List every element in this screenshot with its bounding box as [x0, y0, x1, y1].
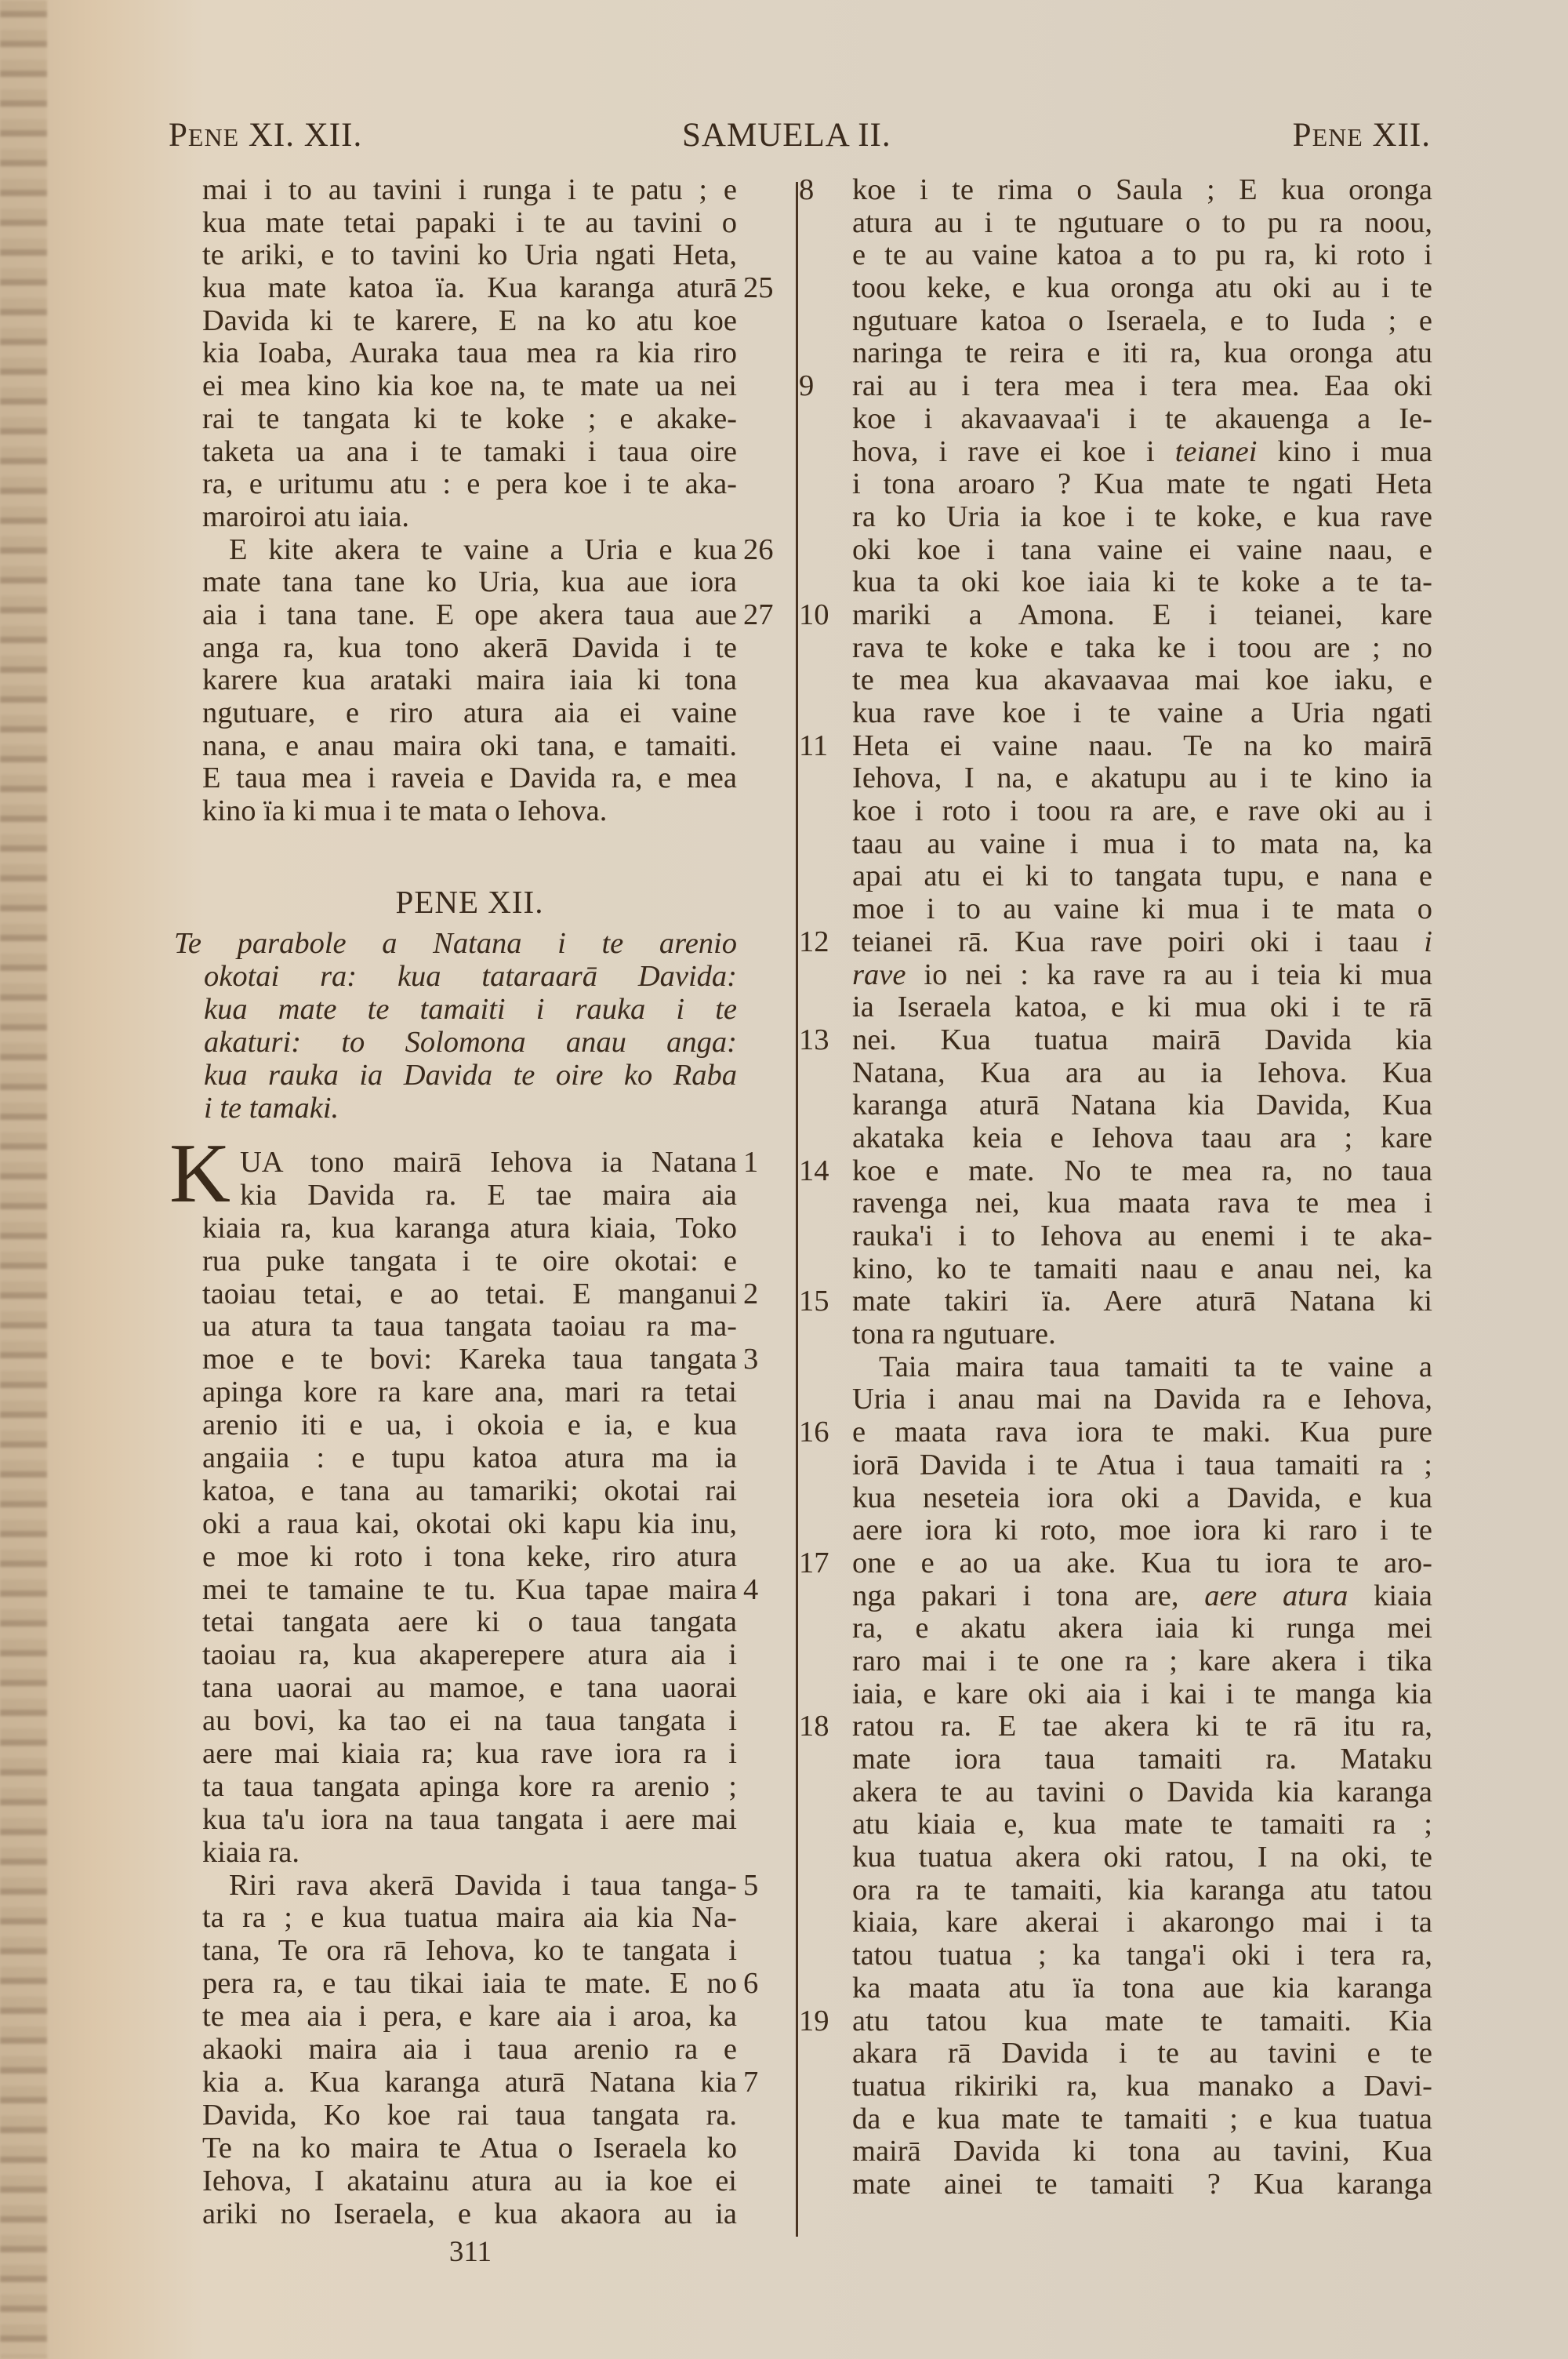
- verse-number: 9: [799, 370, 841, 403]
- left-column-chapter-12-text: UA tono mairā Iehova ia Natana1kia David…: [202, 1147, 737, 2230]
- text-line: te mea aia i pera, e kare aia i aroa, ka: [202, 2001, 737, 2034]
- text-line: Iehova, I na, e akatupu au i te kino ia: [852, 762, 1432, 795]
- summary-line: okotai ra: kua tataraarā Davida:: [174, 960, 737, 993]
- line-text: E kite akera te vaine a Uria e kua: [229, 533, 737, 566]
- text-line: apai atu ei ki to tangata tupu, e nana e: [852, 860, 1432, 893]
- line-text: arenio iti e ua, i okoia e ia, e kua: [202, 1408, 737, 1441]
- text-line: ratou ra. E tae akera ki te rā itu ra,18: [852, 1710, 1432, 1743]
- verse-number: 27: [743, 599, 782, 632]
- text-line: one e ao ua ake. Kua tu iora te aro-17: [852, 1547, 1432, 1580]
- text-line: kua mate katoa ïa. Kua karanga aturā25: [202, 272, 737, 305]
- column-divider-rule: [796, 182, 798, 2237]
- line-text: kua mate tetai papaki i te au tavini o: [202, 206, 737, 239]
- line-text: kua ta oki koe iaia ki te koke a te ta-: [852, 565, 1432, 598]
- text-line: atu kiaia e, kua mate te tamaiti ra ;: [852, 1808, 1432, 1841]
- line-text: koe i akavaavaa'i i te akauenga a Ie-: [852, 402, 1432, 435]
- text-line: Taia maira taua tamaiti ta te vaine a: [852, 1351, 1432, 1384]
- line-text: katoa, e tana au tamariki; okotai rai: [202, 1474, 737, 1507]
- line-text: akataka keia e Iehova taau ara ; kare: [852, 1121, 1432, 1154]
- line-text: Natana, Kua ara au ia Iehova. Kua: [852, 1056, 1432, 1089]
- text-line: nana, e anau maira oki tana, e tamaiti.: [202, 730, 737, 763]
- line-text: taketa ua ana i te tamaki i taua oire: [202, 435, 737, 468]
- text-line: da e kua mate te tamaiti ; e kua tuatua: [852, 2103, 1432, 2136]
- text-line: taoiau tetai, e ao tetai. E manganui2: [202, 1278, 737, 1311]
- line-text: UA tono mairā Iehova ia Natana: [240, 1146, 737, 1179]
- line-text: Iehova, I na, e akatupu au i te kino ia: [852, 761, 1432, 794]
- line-text: mairā Davida ki tona au tavini, Kua: [852, 2135, 1432, 2168]
- text-line: ra, e uritumu atu : e pera koe i te aka-: [202, 468, 737, 501]
- line-text: ratou ra. E tae akera ki te rā itu ra,: [852, 1710, 1432, 1743]
- text-line: rava te koke e taka ke i toou are ; no: [852, 632, 1432, 665]
- text-line: ngutuare katoa o Iseraela, e to Iuda ; e: [852, 305, 1432, 338]
- verse-number: 8: [799, 174, 841, 207]
- line-text: aia i tana tane. E ope akera taua aue: [202, 598, 737, 631]
- text-line: akara rā Davida i te au tavini e te: [852, 2037, 1432, 2070]
- verse-number: 11: [799, 730, 841, 763]
- text-line: rua puke tangata i te oire okotai: e: [202, 1245, 737, 1278]
- book-page: PENE XI. XII. SAMUELA II. PENE XII. mai …: [0, 0, 1568, 2359]
- text-line: au bovi, ka tao ei na taua tangata i: [202, 1705, 737, 1738]
- line-text: anga ra, kua tono akerā Davida i te: [202, 631, 737, 664]
- text-line: tetai tangata aere ki o taua tangata: [202, 1606, 737, 1639]
- line-text: teianei rā. Kua rave poiri oki i taau i: [852, 925, 1432, 958]
- summary-line: Te parabole a Natana i te arenio: [174, 927, 737, 960]
- line-text: one e ao ua ake. Kua tu iora te aro-: [852, 1547, 1432, 1579]
- text-line: koe i akavaavaa'i i te akauenga a Ie-: [852, 403, 1432, 436]
- line-text: kua rave koe i te vaine a Uria ngati: [852, 696, 1432, 729]
- line-text: ka maata atu ïa tona aue kia karanga: [852, 1972, 1432, 2005]
- line-text: e moe ki roto i tona keke, riro atura: [202, 1540, 737, 1573]
- text-line: ia Iseraela katoa, e ki mua oki i te rā: [852, 991, 1432, 1024]
- line-text: aere mai kiaia ra; kua rave iora ra i: [202, 1737, 737, 1770]
- chapter-heading: PENE XII.: [202, 883, 737, 922]
- line-text: iaia, e kare oki aia i kai i te manga ki…: [852, 1677, 1432, 1710]
- verse-number: 16: [799, 1416, 841, 1449]
- line-text: nei. Kua tuatua mairā Davida kia: [852, 1023, 1432, 1056]
- verse-number: 18: [799, 1710, 841, 1743]
- text-line: ravenga nei, kua maata rava te mea i: [852, 1187, 1432, 1220]
- line-text: akaoki maira aia i taua arenio ra e: [202, 2033, 737, 2066]
- text-line: Davida, Ko koe rai taua tangata ra.: [202, 2099, 737, 2132]
- line-text: ei mea kino kia koe na, te mate ua nei: [202, 369, 737, 402]
- text-line: tatou tuatua ; ka tanga'i oki i tera ra,: [852, 1939, 1432, 1972]
- text-line: ta ra ; e kua tuatua maira aia kia Na-: [202, 1902, 737, 1935]
- line-text: tuatua rikiriki ra, kua manako a Davi-: [852, 2070, 1432, 2103]
- line-text: koe e mate. No te mea ra, no taua: [852, 1154, 1432, 1187]
- text-line: Iehova, I akatainu atura au ia koe ei: [202, 2165, 737, 2198]
- line-text: moe e te bovi: Kareka taua tangata: [202, 1343, 737, 1376]
- text-line: tona ra ngutuare.: [852, 1318, 1432, 1351]
- line-text: koe i roto i toou ra are, e rave oki au …: [852, 794, 1432, 827]
- line-text: Uria i anau mai na Davida ra e Iehova,: [852, 1383, 1432, 1416]
- line-text: rua puke tangata i te oire okotai: e: [202, 1245, 737, 1278]
- verse-number: 10: [799, 599, 841, 632]
- text-line: karanga aturā Natana kia Davida, Kua: [852, 1089, 1432, 1122]
- line-text: te mea aia i pera, e kare aia i aroa, ka: [202, 2000, 737, 2033]
- text-line: ra ko Uria ia koe i te koke, e kua rave: [852, 501, 1432, 534]
- line-text: nana, e anau maira oki tana, e tamaiti.: [202, 729, 737, 762]
- text-line: kua tuatua akera oki ratou, I na oki, te: [852, 1841, 1432, 1874]
- text-line: ariki no Iseraela, e kua akaora au ia: [202, 2198, 737, 2231]
- line-text: au bovi, ka tao ei na taua tangata i: [202, 1704, 737, 1737]
- verse-number: 17: [799, 1547, 841, 1580]
- text-line: maroiroi atu iaia.: [202, 501, 737, 534]
- text-line: kia Ioaba, Auraka taua mea ra kia riro: [202, 337, 737, 370]
- header-right-chapter: PENE XII.: [1293, 116, 1431, 154]
- text-line: mate iora taua tamaiti ra. Mataku: [852, 1743, 1432, 1776]
- line-text: Davida ki te karere, E na ko atu koe: [202, 304, 737, 337]
- text-line: aere iora ki roto, moe iora ki raro i te: [852, 1514, 1432, 1547]
- text-line: mate ainei te tamaiti ? Kua karanga: [852, 2168, 1432, 2201]
- text-line: mate takiri ïa. Aere aturā Natana ki15: [852, 1285, 1432, 1318]
- italic-word: aere atura: [1204, 1579, 1348, 1612]
- text-line: te mea kua akavaavaa mai koe iaku, e: [852, 664, 1432, 697]
- verse-number: 4: [743, 1574, 782, 1607]
- text-line: koe i roto i toou ra are, e rave oki au …: [852, 795, 1432, 828]
- text-line: kino, ko te tamaiti naau e anau nei, ka: [852, 1253, 1432, 1286]
- line-text: rauka'i i to Iehova au enemi i te aka-: [852, 1219, 1432, 1252]
- verse-number: 12: [799, 926, 841, 959]
- text-line: ta taua tangata apinga kore ra arenio ;: [202, 1771, 737, 1804]
- line-text: atu tatou kua mate te tamaiti. Kia: [852, 2005, 1432, 2037]
- line-text: mariki a Amona. E i teianei, kare: [852, 598, 1432, 631]
- text-line: nga pakari i tona are, aere atura kiaia: [852, 1580, 1432, 1613]
- text-line: akera te au tavini o Davida kia karanga: [852, 1776, 1432, 1809]
- line-text: kiaia, kare akerai i akarongo mai i ta: [852, 1906, 1432, 1939]
- line-text: e te au vaine katoa a to pu ra, ki roto …: [852, 238, 1432, 271]
- text-line: kiaia ra, kua karanga atura kiaia, Toko: [202, 1212, 737, 1245]
- text-line: mairā Davida ki tona au tavini, Kua: [852, 2135, 1432, 2168]
- text-line: Uria i anau mai na Davida ra e Iehova,: [852, 1383, 1432, 1416]
- line-text: kino, ko te tamaiti naau e anau nei, ka: [852, 1252, 1432, 1285]
- line-text: angaiia : e tupu katoa atura ma ia: [202, 1441, 737, 1474]
- line-text: taoiau ra, kua akaperepere atura aia i: [202, 1638, 737, 1671]
- line-text: Heta ei vaine naau. Te na ko mairā: [852, 729, 1432, 762]
- line-text: mei te tamaine te tu. Kua tapae maira: [202, 1573, 737, 1606]
- line-text: aere iora ki roto, moe iora ki raro i te: [852, 1514, 1432, 1547]
- text-line: raro mai i te one ra ; kare akera i tika: [852, 1645, 1432, 1678]
- line-text: pera ra, e tau tikai iaia te mate. E no: [202, 1967, 737, 2000]
- page-number: 311: [423, 2235, 517, 2269]
- text-line: te ariki, e to tavini ko Uria ngati Heta…: [202, 239, 737, 272]
- line-text: ra ko Uria ia koe i te koke, e kua rave: [852, 500, 1432, 533]
- text-line: karere kua arataki maira iaia ki tona: [202, 664, 737, 697]
- line-text: ariki no Iseraela, e kua akaora au ia: [202, 2197, 737, 2230]
- italic-word: teianei: [1175, 435, 1258, 468]
- line-text: nga pakari i tona are, aere atura kiaia: [852, 1579, 1432, 1612]
- line-text: rava te koke e taka ke i toou are ; no: [852, 631, 1432, 664]
- header-book-title: SAMUELA II.: [682, 116, 891, 154]
- line-text: naringa te reira e iti ra, kua oronga at…: [852, 336, 1432, 369]
- text-line: naringa te reira e iti ra, kua oronga at…: [852, 337, 1432, 370]
- verse-number: 19: [799, 2005, 841, 2038]
- text-line: hova, i rave ei koe i teianei kino i mua: [852, 436, 1432, 469]
- verse-number: 14: [799, 1155, 841, 1188]
- text-line: moe i to au vaine ki mua i te mata o: [852, 893, 1432, 926]
- text-line: mate tana tane ko Uria, kua aue iora: [202, 566, 737, 599]
- line-text: ta taua tangata apinga kore ra arenio ;: [202, 1770, 737, 1803]
- text-line: kiaia, kare akerai i akarongo mai i ta: [852, 1906, 1432, 1939]
- line-text: kino ïa ki mua i te mata o Iehova.: [202, 794, 607, 827]
- line-text: akera te au tavini o Davida kia karanga: [852, 1776, 1432, 1808]
- line-text: oki koe i tana vaine ei vaine naau, e: [852, 533, 1432, 566]
- line-text: kia Davida ra. E tae maira aia: [240, 1179, 737, 1212]
- line-text: ngutuare katoa o Iseraela, e to Iuda ; e: [852, 304, 1432, 337]
- text-line: ka maata atu ïa tona aue kia karanga: [852, 1972, 1432, 2005]
- summary-line: i te tamaki.: [174, 1092, 737, 1125]
- summary-line: akaturi: to Solomona anau anga:: [174, 1026, 737, 1059]
- verse-number: 7: [743, 2066, 782, 2099]
- line-text: moe i to au vaine ki mua i te mata o: [852, 892, 1432, 925]
- text-line: koe e mate. No te mea ra, no taua14: [852, 1155, 1432, 1188]
- line-text: Taia maira taua tamaiti ta te vaine a: [879, 1350, 1432, 1383]
- summary-line: kua rauka ia Davida te oire ko Raba: [174, 1059, 737, 1092]
- line-text: mai i to au tavini i runga i te patu ; e: [202, 173, 737, 206]
- text-line: akaoki maira aia i taua arenio ra e: [202, 2034, 737, 2066]
- text-line: tana uaorai au mamoe, e tana uaorai: [202, 1672, 737, 1705]
- text-line: taketa ua ana i te tamaki i taua oire: [202, 436, 737, 469]
- text-line: pera ra, e tau tikai iaia te mate. E no6: [202, 1968, 737, 2001]
- text-line: taoiau ra, kua akaperepere atura aia i: [202, 1639, 737, 1672]
- line-text: koe i te rima o Saula ; E kua oronga: [852, 173, 1432, 206]
- text-line: kua neseteia iora oki a Davida, e kua: [852, 1482, 1432, 1515]
- line-text: akara rā Davida i te au tavini e te: [852, 2037, 1432, 2070]
- header-left-chapters: PENE XI. XII.: [169, 116, 362, 154]
- line-text: Davida, Ko koe rai taua tangata ra.: [202, 2099, 737, 2132]
- line-text: hova, i rave ei koe i teianei kino i mua: [852, 435, 1432, 468]
- text-line: e moe ki roto i tona keke, riro atura: [202, 1541, 737, 1574]
- line-text: E taua mea i raveia e Davida ra, e mea: [202, 761, 737, 794]
- text-line: kiaia ra.: [202, 1837, 737, 1870]
- line-text: atura au i te ngutuare o to pu ra noou,: [852, 206, 1432, 239]
- text-line: ngutuare, e riro atura aia ei vaine: [202, 697, 737, 730]
- text-line: angaiia : e tupu katoa atura ma ia: [202, 1442, 737, 1475]
- line-text: mate ainei te tamaiti ? Kua karanga: [852, 2168, 1432, 2201]
- line-text: e maata rava iora te maki. Kua pure: [852, 1416, 1432, 1448]
- italic-word: rave: [852, 958, 906, 991]
- text-line: oki a raua kai, okotai oki kapu kia inu,: [202, 1508, 737, 1541]
- right-column-text: koe i te rima o Saula ; E kua oronga8atu…: [852, 174, 1432, 2201]
- text-line: rai te tangata ki te koke ; e akake-: [202, 403, 737, 436]
- line-text: tatou tuatua ; ka tanga'i oki i tera ra,: [852, 1939, 1432, 1972]
- text-line: kua mate tetai papaki i te au tavini o: [202, 207, 737, 240]
- line-text: rai te tangata ki te koke ; e akake-: [202, 402, 737, 435]
- line-text: karanga aturā Natana kia Davida, Kua: [852, 1089, 1432, 1121]
- text-line: rave io nei : ka rave ra au i teia ki mu…: [852, 959, 1432, 992]
- text-line: teianei rā. Kua rave poiri oki i taau i1…: [852, 926, 1432, 959]
- text-line: moe e te bovi: Kareka taua tangata3: [202, 1343, 737, 1376]
- verse-number: 6: [743, 1968, 782, 2001]
- line-text: ra, e uritumu atu : e pera koe i te aka-: [202, 467, 737, 500]
- text-line: akataka keia e Iehova taau ara ; kare: [852, 1122, 1432, 1155]
- text-line: oki koe i tana vaine ei vaine naau, e: [852, 534, 1432, 567]
- text-line: kua ta oki koe iaia ki te koke a te ta-: [852, 566, 1432, 599]
- text-line: aia i tana tane. E ope akera taua aue27: [202, 599, 737, 632]
- line-text: kiaia ra.: [202, 1836, 299, 1869]
- line-text: ia Iseraela katoa, e ki mua oki i te rā: [852, 990, 1432, 1023]
- line-text: taoiau tetai, e ao tetai. E manganui: [202, 1278, 737, 1310]
- text-line: E kite akera te vaine a Uria e kua26: [202, 534, 737, 567]
- left-column-chapter-11-end: mai i to au tavini i runga i te patu ; e…: [202, 174, 737, 828]
- line-text: rai au i tera mea i tera mea. Eaa oki: [852, 369, 1432, 402]
- text-line: ra, e akatu akera iaia ki runga mei: [852, 1612, 1432, 1645]
- line-text: kua mate katoa ïa. Kua karanga aturā: [202, 271, 737, 304]
- verse-number: 1: [743, 1147, 782, 1179]
- text-line: rai au i tera mea i tera mea. Eaa oki9: [852, 370, 1432, 403]
- line-text: ra, e akatu akera iaia ki runga mei: [852, 1612, 1432, 1645]
- line-text: tona ra ngutuare.: [852, 1318, 1056, 1350]
- line-text: mate takiri ïa. Aere aturā Natana ki: [852, 1285, 1432, 1318]
- line-text: ravenga nei, kua maata rava te mea i: [852, 1187, 1432, 1219]
- text-line: UA tono mairā Iehova ia Natana1: [202, 1147, 737, 1179]
- line-text: raro mai i te one ra ; kare akera i tika: [852, 1645, 1432, 1677]
- line-text: tana, Te ora rā Iehova, ko te tangata i: [202, 1934, 737, 1967]
- line-text: da e kua mate te tamaiti ; e kua tuatua: [852, 2103, 1432, 2135]
- text-line: anga ra, kua tono akerā Davida i te: [202, 632, 737, 665]
- line-text: ta ra ; e kua tuatua maira aia kia Na-: [202, 1901, 737, 1934]
- verse-number: 2: [743, 1278, 782, 1311]
- line-text: apinga kore ra kare ana, mari ra tetai: [202, 1376, 737, 1408]
- text-line: rauka'i i to Iehova au enemi i te aka-: [852, 1220, 1432, 1253]
- line-text: kia a. Kua karanga aturā Natana kia: [202, 2066, 737, 2099]
- text-line: Te na ko maira te Atua o Iseraela ko: [202, 2132, 737, 2165]
- text-line: Heta ei vaine naau. Te na ko mairā11: [852, 730, 1432, 763]
- text-line: tuatua rikiriki ra, kua manako a Davi-: [852, 2070, 1432, 2103]
- text-line: nei. Kua tuatua mairā Davida kia13: [852, 1024, 1432, 1057]
- verse-number: 5: [743, 1870, 782, 1903]
- line-text: karere kua arataki maira iaia ki tona: [202, 663, 737, 696]
- line-text: Riri rava akerā Davida i taua tanga-: [229, 1869, 737, 1902]
- text-line: E taua mea i raveia e Davida ra, e mea: [202, 762, 737, 795]
- verse-number: 25: [743, 272, 782, 305]
- text-line: kia a. Kua karanga aturā Natana kia7: [202, 2066, 737, 2099]
- running-header: PENE XI. XII. SAMUELA II. PENE XII.: [169, 116, 1431, 163]
- text-line: e te au vaine katoa a to pu ra, ki roto …: [852, 239, 1432, 272]
- text-line: Davida ki te karere, E na ko atu koe: [202, 305, 737, 338]
- line-text: apai atu ei ki to tangata tupu, e nana e: [852, 860, 1432, 892]
- text-line: Natana, Kua ara au ia Iehova. Kua: [852, 1057, 1432, 1090]
- line-text: i tona aroaro ? Kua mate te ngati Heta: [852, 467, 1432, 500]
- text-line: mai i to au tavini i runga i te patu ; e: [202, 174, 737, 207]
- line-text: toou keke, e kua oronga atu oki au i te: [852, 271, 1432, 304]
- text-line: apinga kore ra kare ana, mari ra tetai: [202, 1376, 737, 1409]
- line-text: Te na ko maira te Atua o Iseraela ko: [202, 2132, 737, 2165]
- line-text: mate tana tane ko Uria, kua aue iora: [202, 565, 737, 598]
- text-line: e maata rava iora te maki. Kua pure16: [852, 1416, 1432, 1449]
- text-line: iaia, e kare oki aia i kai i te manga ki…: [852, 1678, 1432, 1711]
- line-text: kua tuatua akera oki ratou, I na oki, te: [852, 1841, 1432, 1874]
- verse-number: 13: [799, 1024, 841, 1057]
- text-line: atura au i te ngutuare o to pu ra noou,: [852, 207, 1432, 240]
- text-line: katoa, e tana au tamariki; okotai rai: [202, 1475, 737, 1508]
- line-text: kiaia ra, kua karanga atura kiaia, Toko: [202, 1212, 737, 1245]
- text-line: arenio iti e ua, i okoia e ia, e kua: [202, 1409, 737, 1442]
- text-line: koe i te rima o Saula ; E kua oronga8: [852, 174, 1432, 207]
- text-line: toou keke, e kua oronga atu oki au i te: [852, 272, 1432, 305]
- text-line: kua rave koe i te vaine a Uria ngati: [852, 697, 1432, 730]
- line-text: rave io nei : ka rave ra au i teia ki mu…: [852, 958, 1432, 991]
- line-text: tetai tangata aere ki o taua tangata: [202, 1605, 737, 1638]
- text-line: ora ra te tamaiti, kia karanga atu tatou: [852, 1874, 1432, 1907]
- summary-line: kua mate te tamaiti i rauka i te: [174, 993, 737, 1026]
- line-text: kua neseteia iora oki a Davida, e kua: [852, 1481, 1432, 1514]
- line-text: Iehova, I akatainu atura au ia koe ei: [202, 2165, 737, 2197]
- line-text: te ariki, e to tavini ko Uria ngati Heta…: [202, 238, 737, 271]
- line-text: mate iora taua tamaiti ra. Mataku: [852, 1743, 1432, 1776]
- line-text: oki a raua kai, okotai oki kapu kia inu,: [202, 1507, 737, 1540]
- line-text: kua ta'u iora na taua tangata i aere mai: [202, 1803, 737, 1836]
- text-line: aere mai kiaia ra; kua rave iora ra i: [202, 1738, 737, 1771]
- text-line: kino ïa ki mua i te mata o Iehova.: [202, 795, 737, 828]
- text-line: mariki a Amona. E i teianei, kare10: [852, 599, 1432, 632]
- text-line: tana, Te ora rā Iehova, ko te tangata i: [202, 1935, 737, 1968]
- text-line: mei te tamaine te tu. Kua tapae maira4: [202, 1574, 737, 1607]
- verse-number: 26: [743, 534, 782, 567]
- text-line: Riri rava akerā Davida i taua tanga-5: [202, 1870, 737, 1903]
- text-line: iorā Davida i te Atua i taua tamaiti ra …: [852, 1449, 1432, 1482]
- text-line: i tona aroaro ? Kua mate te ngati Heta: [852, 468, 1432, 501]
- line-text: taau au vaine i mua i to mata na, ka: [852, 827, 1432, 860]
- line-text: kia Ioaba, Auraka taua mea ra kia riro: [202, 336, 737, 369]
- line-text: ngutuare, e riro atura aia ei vaine: [202, 696, 737, 729]
- text-line: kia Davida ra. E tae maira aia: [202, 1179, 737, 1212]
- text-line: ei mea kino kia koe na, te mate ua nei: [202, 370, 737, 403]
- chapter-summary: Te parabole a Natana i te areniookotai r…: [174, 927, 737, 1125]
- line-text: te mea kua akavaavaa mai koe iaku, e: [852, 663, 1432, 696]
- line-text: tana uaorai au mamoe, e tana uaorai: [202, 1671, 737, 1704]
- text-line: kua ta'u iora na taua tangata i aere mai: [202, 1804, 737, 1837]
- line-text: ora ra te tamaiti, kia karanga atu tatou: [852, 1874, 1432, 1906]
- text-line: atu tatou kua mate te tamaiti. Kia19: [852, 2005, 1432, 2038]
- text-line: ua atura ta taua tangata taoiau ra ma-: [202, 1310, 737, 1343]
- line-text: atu kiaia e, kua mate te tamaiti ra ;: [852, 1808, 1432, 1841]
- line-text: maroiroi atu iaia.: [202, 500, 409, 533]
- verse-number: 15: [799, 1285, 841, 1318]
- italic-word: i: [1424, 925, 1432, 958]
- verse-number: 3: [743, 1343, 782, 1376]
- line-text: ua atura ta taua tangata taoiau ra ma-: [202, 1310, 737, 1343]
- line-text: iorā Davida i te Atua i taua tamaiti ra …: [852, 1448, 1432, 1481]
- text-line: taau au vaine i mua i to mata na, ka: [852, 828, 1432, 861]
- previous-page-edge: [0, 0, 47, 2359]
